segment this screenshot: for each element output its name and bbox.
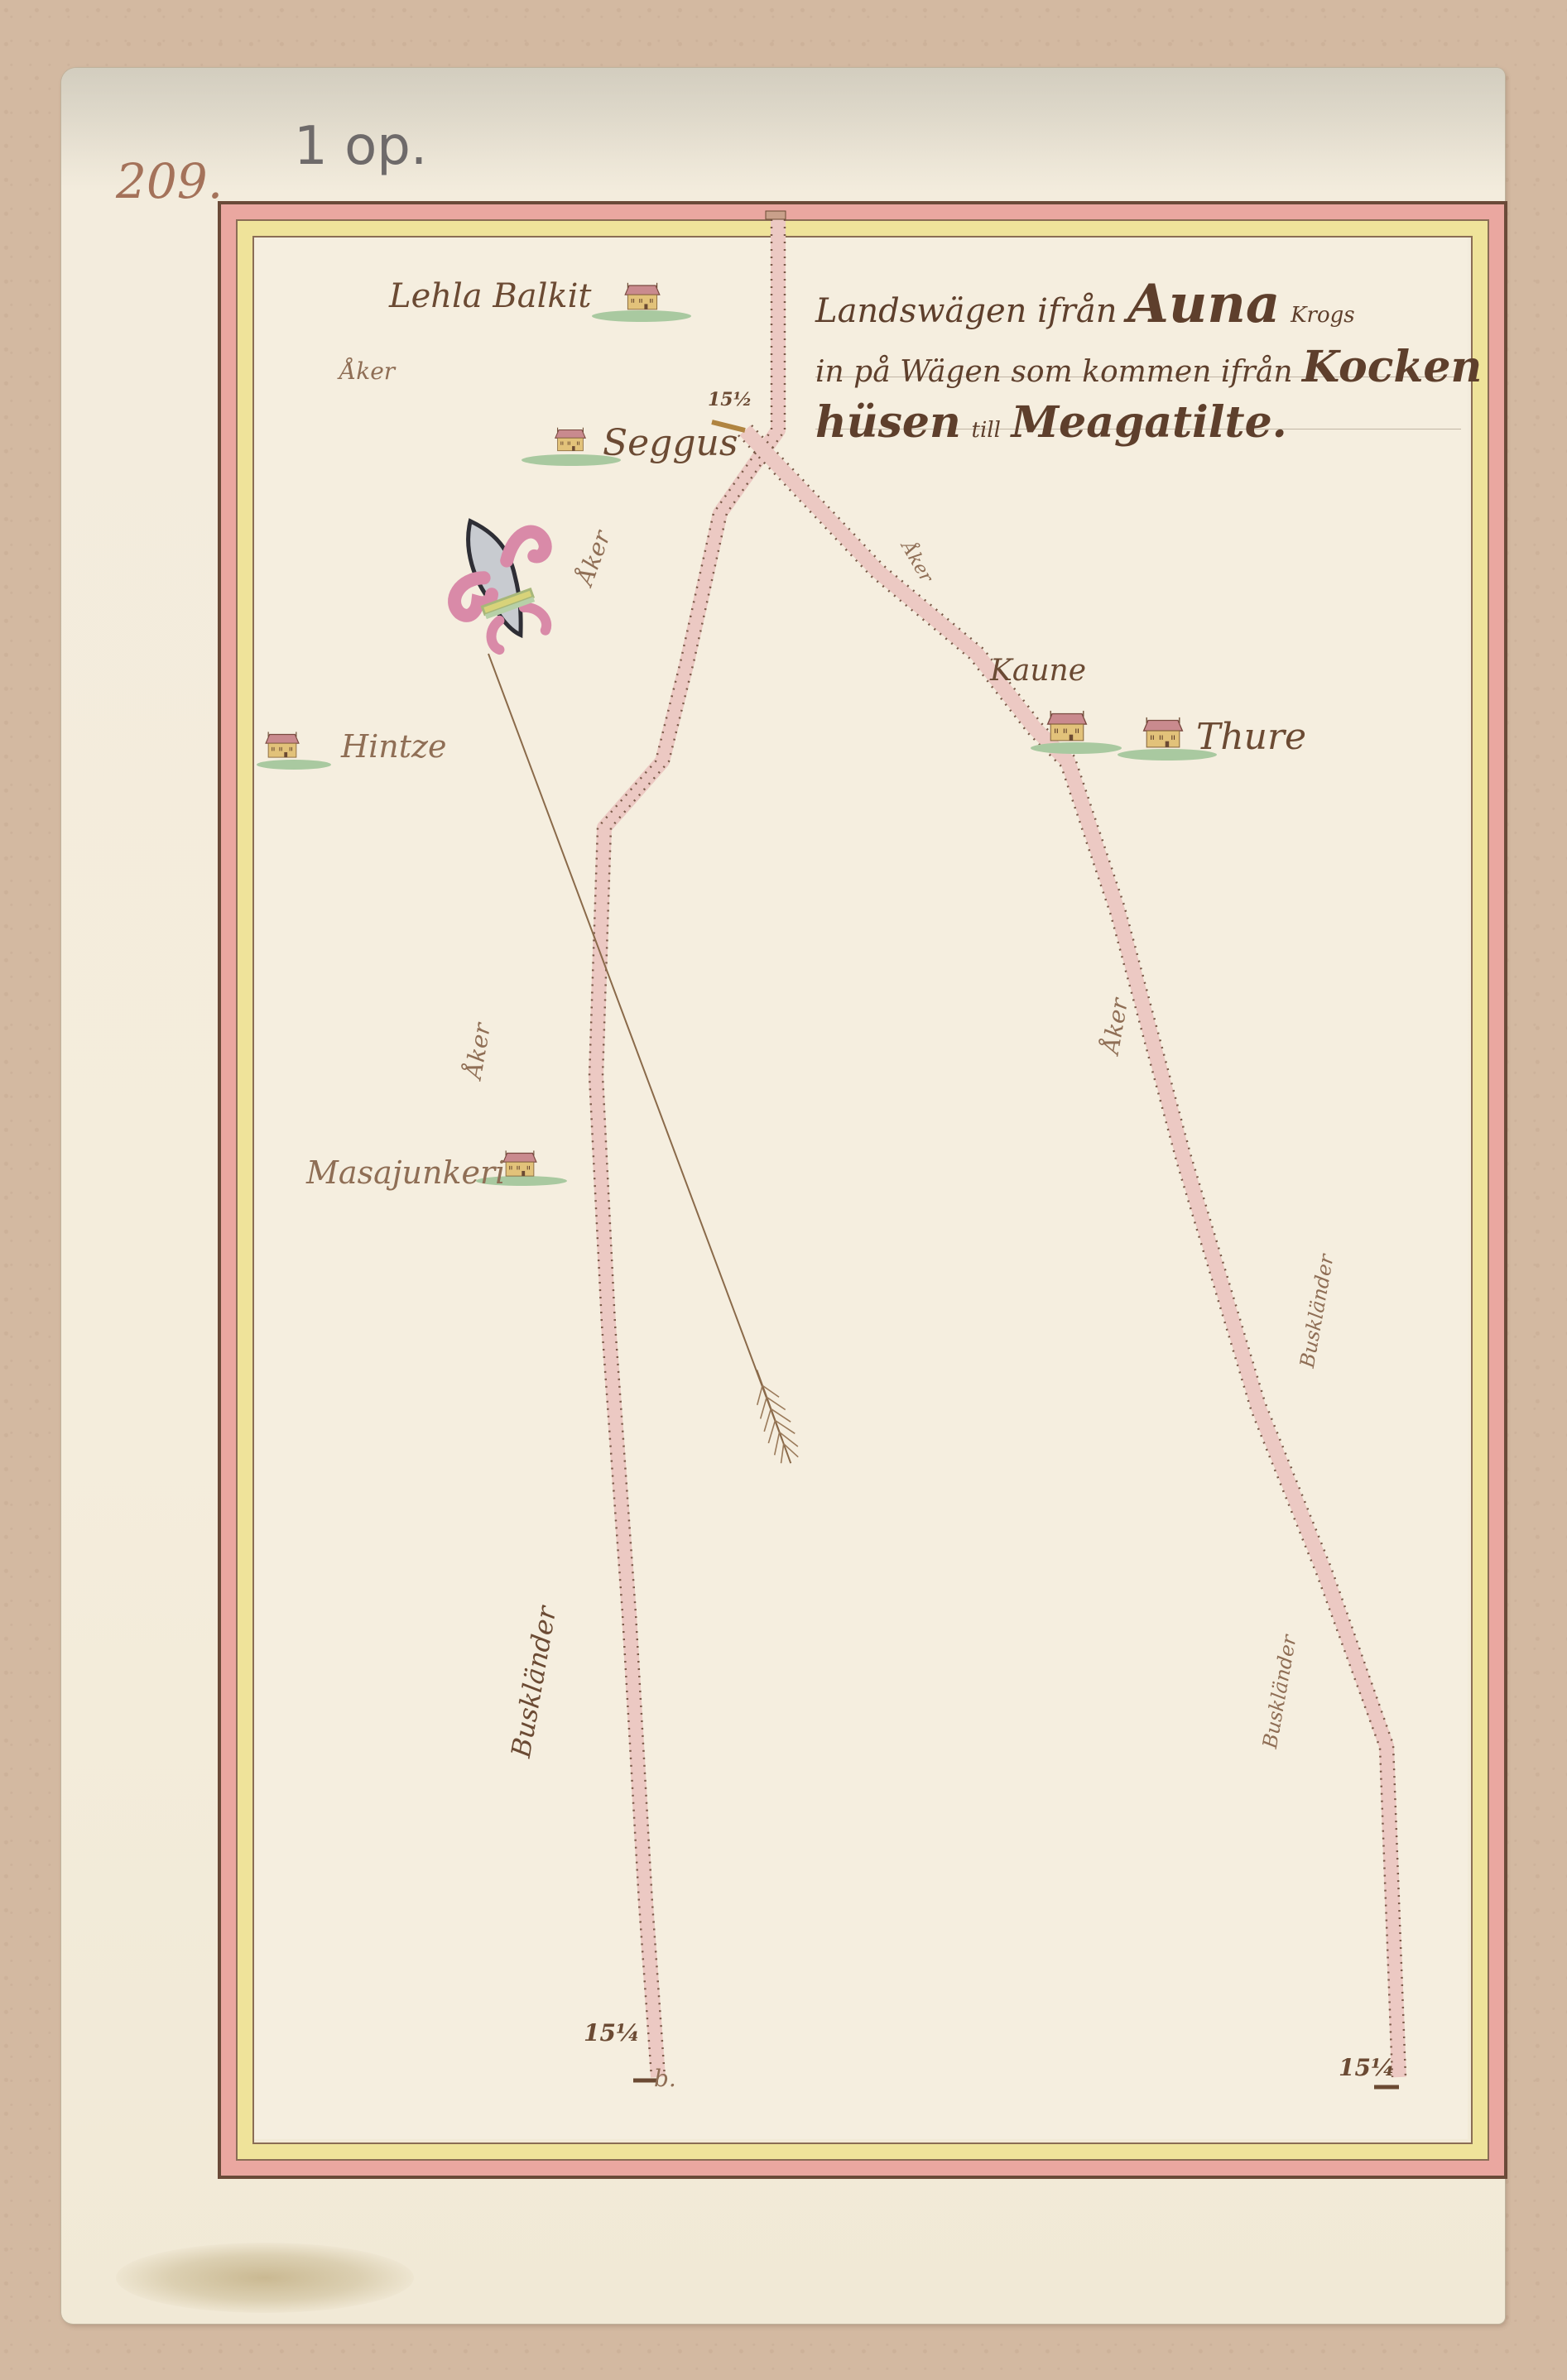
place-label-thure: Thure	[1196, 716, 1306, 758]
title-place-auna: Auna	[1127, 273, 1280, 335]
title-place-kocken: Kocken	[1302, 342, 1482, 392]
place-label-masajunkeri: Masajunkeri	[306, 1154, 505, 1191]
title-line-1: Landswägen ifrån Auna Krogs	[815, 273, 1461, 335]
title-line-3: hüsen till Meagatilte.	[815, 397, 1461, 448]
terrain-label-aker: Åker	[339, 357, 395, 385]
distance-marker-junction: 15½	[708, 389, 752, 410]
distance-marker-left-end: 15¼	[584, 2019, 640, 2047]
title-place-meagatilte: Meagatilte.	[1012, 397, 1287, 448]
place-label-lehla-balkit: Lehla Balkit	[389, 277, 592, 315]
road-left	[589, 219, 785, 2077]
place-label-kaune: Kaune	[990, 654, 1086, 688]
road-letter-b: b.	[654, 2065, 676, 2092]
farm-lehla-balkit-icon	[592, 283, 691, 322]
fleur-de-lis-north-icon	[430, 500, 574, 659]
place-label-hintze: Hintze	[341, 728, 447, 765]
place-label-seggus: Seggus	[603, 422, 738, 464]
distance-marker-right-end: 15¼	[1339, 2054, 1395, 2081]
map-title: Landswägen ifrån Auna Krogs in på Wägen …	[815, 273, 1461, 448]
road-start-marker	[766, 211, 786, 219]
title-line-2: in på Wägen som kommen ifrån Kocken	[815, 342, 1461, 392]
farm-hintze-icon	[257, 732, 331, 770]
